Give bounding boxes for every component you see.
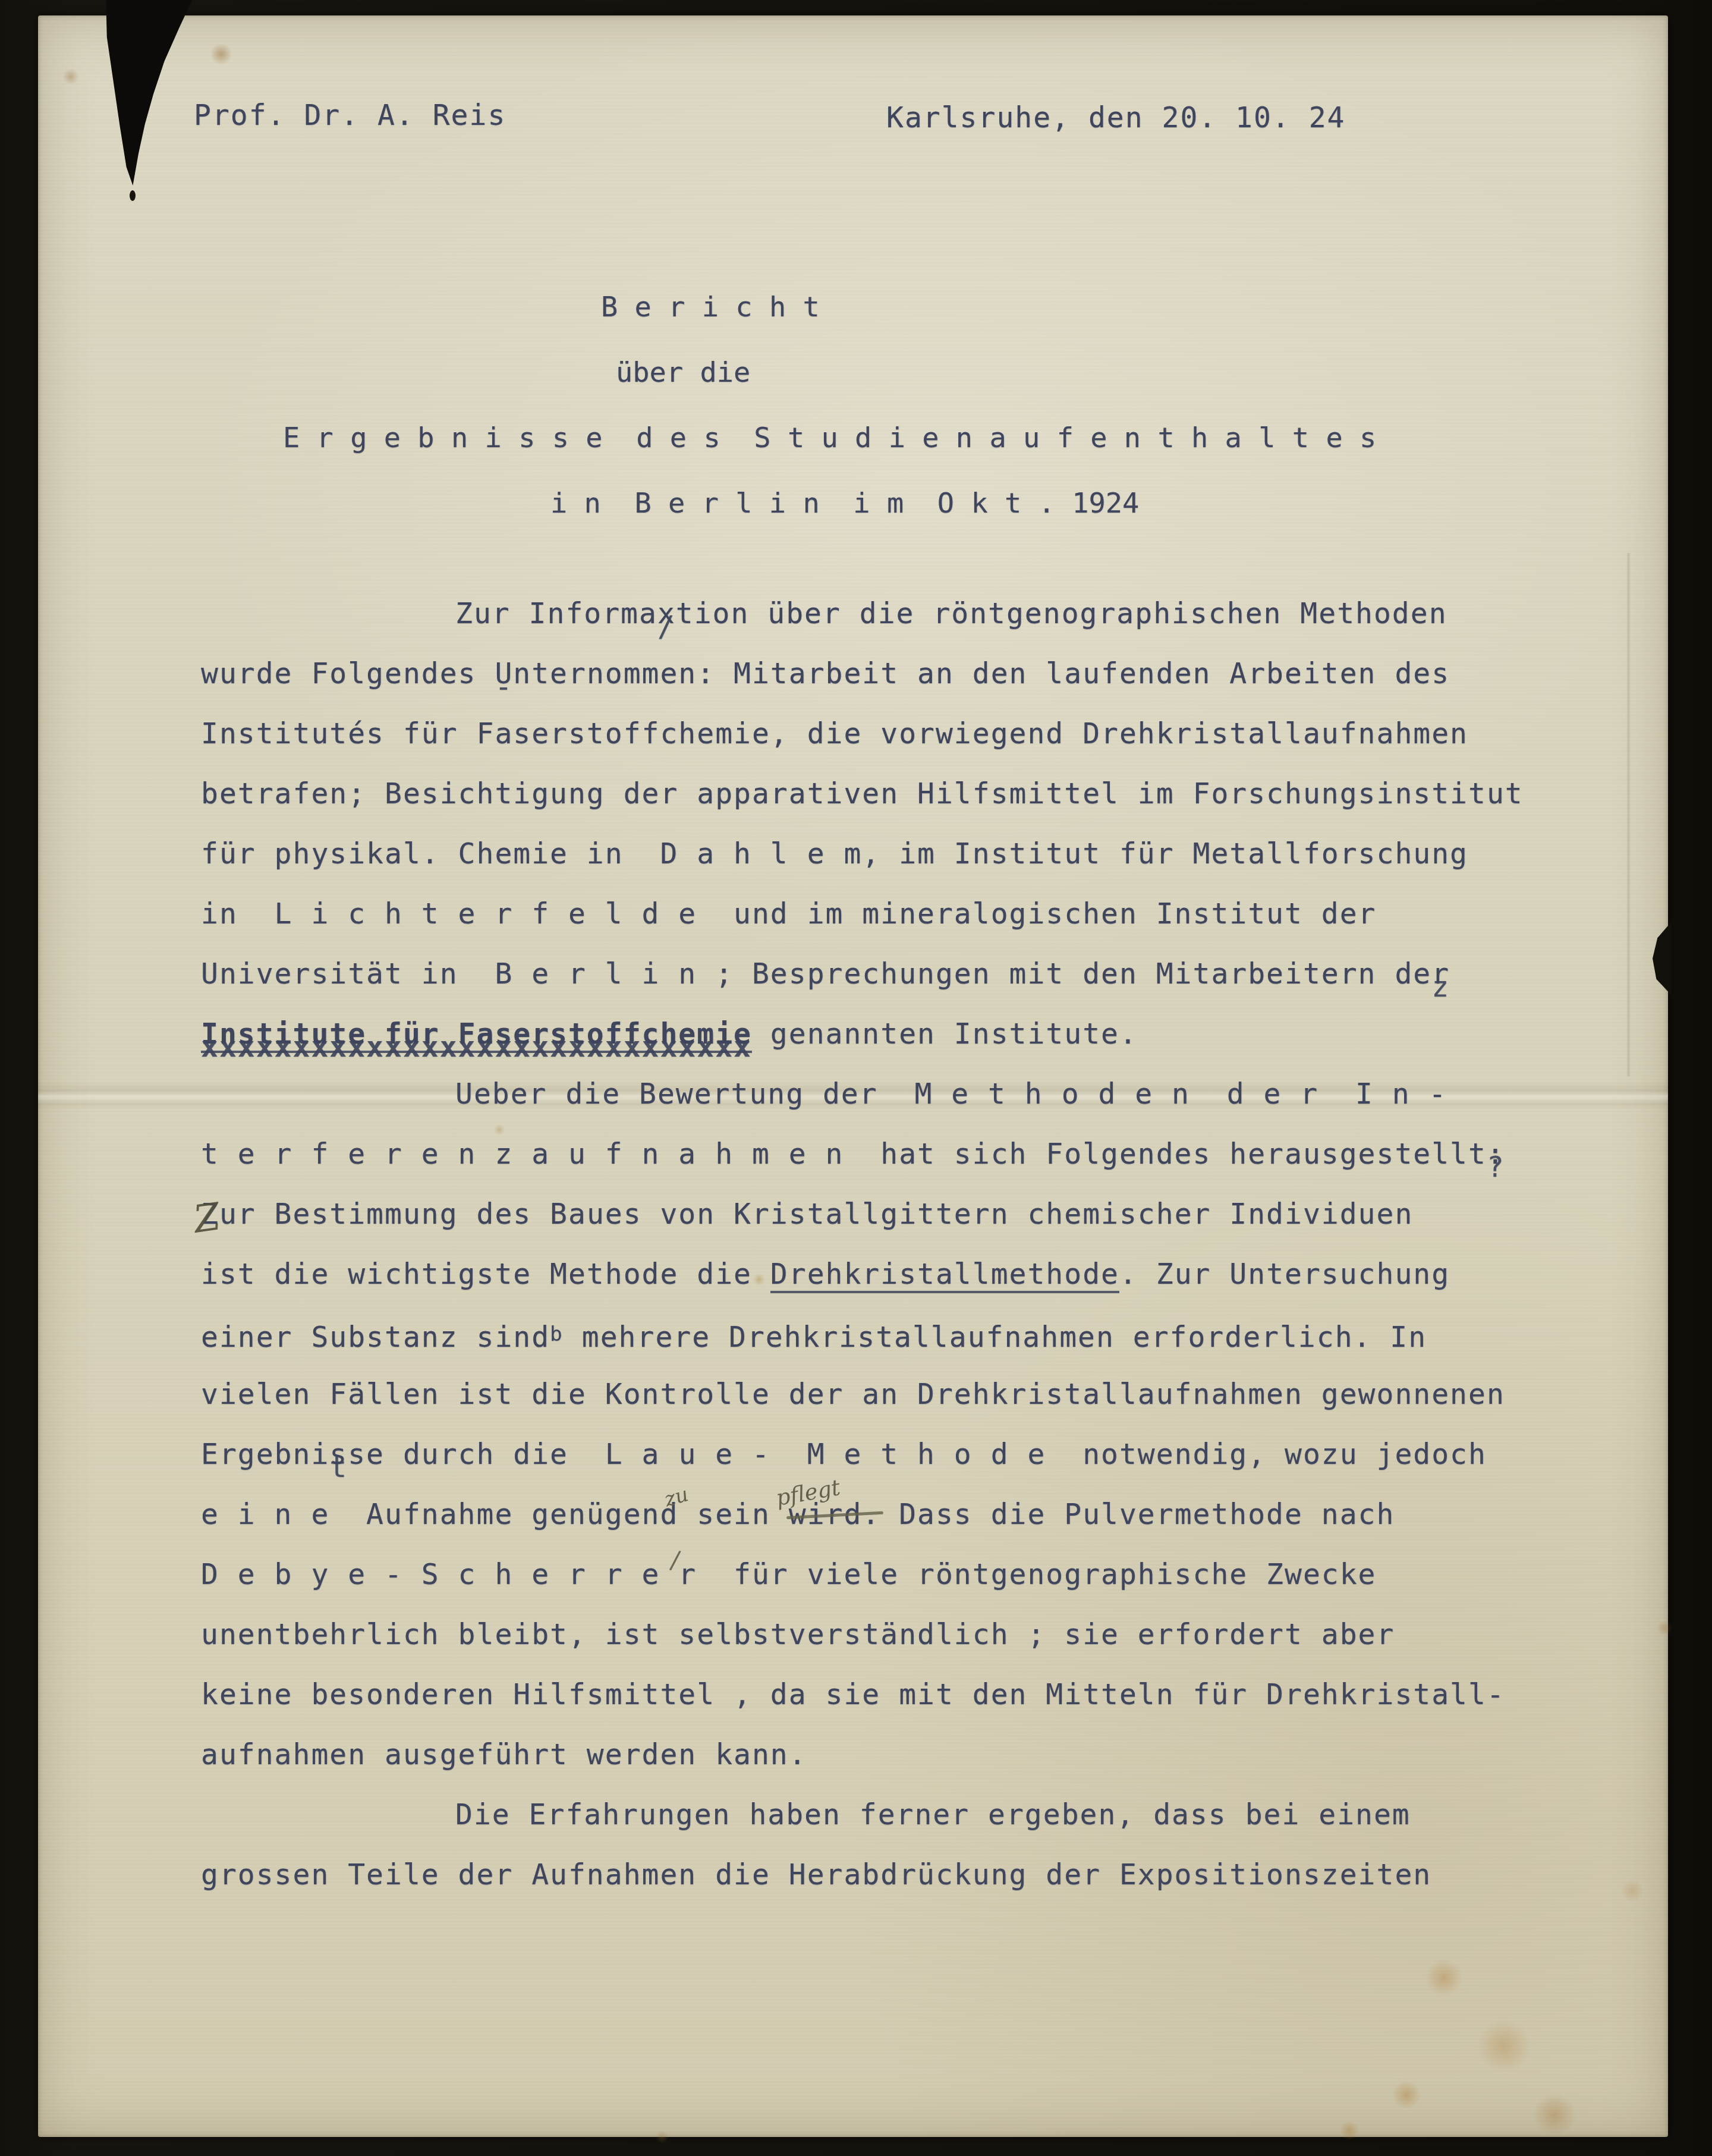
overstrike-mark: z bbox=[1431, 957, 1450, 1017]
typed-segment: sein bbox=[678, 1498, 788, 1531]
text-line: ZZur Bestimmung des Baues von Kristallgi… bbox=[201, 1184, 1524, 1244]
typed-segment: Ueber die Bewertung der M e t h o d e n … bbox=[455, 1077, 1447, 1111]
header-place-date: Karlsruhe, den 20. 10. 24 bbox=[886, 101, 1345, 134]
typed-segment: rz bbox=[1431, 957, 1450, 991]
text-line: Die Erfahrungen haben ferner ergeben, da… bbox=[201, 1785, 1524, 1845]
text-line: für physikal. Chemie in D a h l e m, im … bbox=[201, 824, 1524, 884]
typed-segment: D e b y e - S c h e r r e r für viele rö… bbox=[201, 1558, 1377, 1591]
handwritten-correction-anchor: wird.pflegt bbox=[789, 1498, 881, 1531]
typed-segment: tion über die röntgenographischen Method… bbox=[676, 597, 1447, 630]
text-line: Ergebnistse durch die L a u e - M e t h … bbox=[201, 1425, 1524, 1485]
text-line: D e b y e - S c h e r r e r für viele rö… bbox=[201, 1545, 1524, 1605]
typed-segment: t e r f e r e n z a u f n a h m e n hat … bbox=[201, 1137, 1487, 1171]
paper-speck bbox=[130, 190, 136, 201]
typed-segment: ZZ bbox=[201, 1198, 219, 1231]
typed-segment: Die Erfahrungen haben ferner ergeben, da… bbox=[455, 1798, 1411, 1831]
text-line: Institute für Faserstoffchemiexxxxxxxxxx… bbox=[201, 1004, 1524, 1064]
typed-segment: genannten Institute. bbox=[752, 1017, 1138, 1051]
typed-segment: U- bbox=[495, 657, 513, 690]
typed-segment: einer Substanz sind bbox=[201, 1321, 550, 1354]
typed-segment: Drehkristallmethode bbox=[770, 1258, 1119, 1293]
typed-segment: betrafen; Besichtigung der apparativen H… bbox=[201, 777, 1524, 810]
typed-segment: Ergebni bbox=[201, 1438, 329, 1471]
scanned-document: Prof. Dr. A. Reis Karlsruhe, den 20. 10.… bbox=[0, 0, 1712, 2156]
typed-segment: Zur Informa bbox=[455, 597, 657, 630]
typed-segment: ur Bestimmung des Baues von Kristallgitt… bbox=[219, 1198, 1413, 1231]
typed-segment: aufnahmen ausgeführt werden kann. bbox=[201, 1738, 807, 1771]
text-line: Universität in B e r l i n ; Besprechung… bbox=[201, 944, 1524, 1004]
overstrike-mark: ? bbox=[1487, 1137, 1505, 1198]
text-line: in L i c h t e r f e l d e und im minera… bbox=[201, 884, 1524, 944]
title-line-2: über die bbox=[616, 356, 750, 389]
typed-segment: x/ bbox=[657, 597, 676, 630]
header-author: Prof. Dr. A. Reis bbox=[194, 99, 506, 132]
typed-segment: Institute für Faserstoffchemiexxxxxxxxxx… bbox=[201, 1017, 752, 1053]
typed-segment: ist die wichtigste Methode die bbox=[201, 1258, 770, 1291]
typed-segment: nternommen: Mitarbeit an den laufenden A… bbox=[513, 657, 1450, 690]
overstrike-mark: t bbox=[329, 1438, 348, 1498]
text-line: unentbehrlich bleibt, ist selbstverständ… bbox=[201, 1605, 1524, 1665]
text-line: keine besonderen Hilfsmittel , da sie mi… bbox=[201, 1665, 1524, 1725]
text-line: e i n e Aufnahme genügendzu/ sein wird.p… bbox=[201, 1485, 1524, 1545]
typed-segment: unentbehrlich bleibt, ist selbstverständ… bbox=[201, 1618, 1395, 1651]
typed-segment: Institutés für Faserstoffchemie, die vor… bbox=[201, 717, 1468, 750]
typed-segment: keine besonderen Hilfsmittel , da sie mi… bbox=[201, 1678, 1505, 1711]
text-line: einer Substanz sindb mehrere Drehkristal… bbox=[201, 1305, 1524, 1365]
handwritten-correction-anchor: e i n e Aufnahme genügendzu bbox=[201, 1498, 678, 1531]
typed-segment: st bbox=[329, 1438, 348, 1471]
text-line: betrafen; Besichtigung der apparativen H… bbox=[201, 764, 1524, 824]
title-line-4: i n B e r l i n i m O k t . 1924 bbox=[550, 487, 1139, 520]
title-line-3: E r g e b n i s s e d e s S t u d i e n … bbox=[283, 422, 1376, 454]
typed-segment: Dass die Pulvermethode nach bbox=[880, 1498, 1395, 1531]
body-lines: Zur Informax/tion über die röntgenograph… bbox=[201, 584, 1524, 1905]
overstrike-mark: / bbox=[657, 597, 676, 657]
text-line: Institutés für Faserstoffchemie, die vor… bbox=[201, 704, 1524, 764]
typed-segment: . Zur Untersuchung bbox=[1119, 1258, 1450, 1291]
vertical-crease bbox=[1626, 553, 1631, 1076]
text-line: aufnahmen ausgeführt werden kann. bbox=[201, 1725, 1524, 1785]
text-line: Zur Informax/tion über die röntgenograph… bbox=[201, 584, 1524, 644]
text-line: grossen Teile der Aufnahmen die Herabdrü… bbox=[201, 1845, 1524, 1905]
text-line: wurde Folgendes U-nternommen: Mitarbeit … bbox=[201, 644, 1524, 704]
typed-segment: vielen Fällen ist die Kontrolle der an D… bbox=[201, 1378, 1505, 1411]
typed-segment: se durch die L a u e - M e t h o d e not… bbox=[348, 1438, 1487, 1471]
text-line: ist die wichtigste Methode die Drehkrist… bbox=[201, 1244, 1524, 1305]
text-line: vielen Fällen ist die Kontrolle der an D… bbox=[201, 1365, 1524, 1425]
typed-segment: Universität in B e r l i n ; Besprechung… bbox=[201, 957, 1431, 991]
overstrike-mark: - bbox=[495, 657, 513, 717]
typed-segment: :? bbox=[1487, 1137, 1505, 1171]
text-line: t e r f e r e n z a u f n a h m e n hat … bbox=[201, 1124, 1524, 1184]
typed-segment: grossen Teile der Aufnahmen die Herabdrü… bbox=[201, 1858, 1431, 1891]
typed-segment: b bbox=[550, 1322, 564, 1346]
title-line-1: B e r i c h t bbox=[601, 291, 820, 323]
overstrike-mark: xxxxxxxxxxxxxxxxxxxxxxxxxxxxxx bbox=[201, 1017, 752, 1077]
typed-segment: in L i c h t e r f e l d e und im minera… bbox=[201, 897, 1377, 931]
typed-segment: wurde Folgendes bbox=[201, 657, 495, 690]
typed-segment: für physikal. Chemie in D a h l e m, im … bbox=[201, 837, 1468, 870]
typed-segment: mehrere Drehkristallaufnahmen erforderli… bbox=[564, 1321, 1427, 1354]
